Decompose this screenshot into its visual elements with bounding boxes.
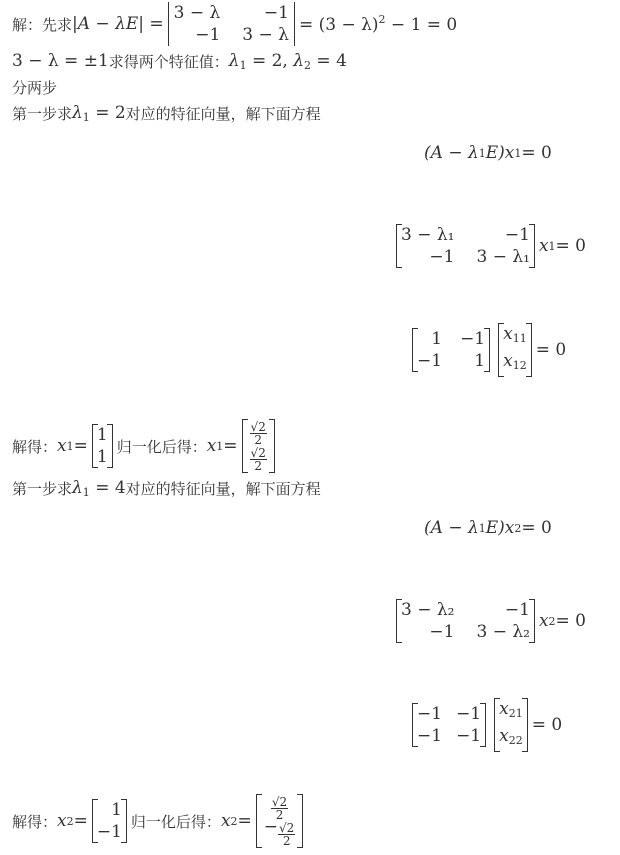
two-steps-line: 分两步 bbox=[12, 76, 57, 98]
det-cell: −1 bbox=[174, 24, 221, 46]
step2-header: 第一步求 λ1 = 4 对应的特征向量，解下面方程 bbox=[12, 476, 321, 500]
step1-unknown-vector: x11 x12 bbox=[498, 323, 532, 377]
det-lhs: |A − λE| = bbox=[72, 14, 164, 34]
lambda-equation: 3 − λ = ±1 bbox=[12, 51, 109, 71]
step1-numeric-matrix: 1 −1 −1 1 bbox=[412, 328, 490, 372]
step2-result: 解得： x2 = 1 −1 归一化后得： x2 = √22 −√22 bbox=[12, 790, 307, 852]
det-rhs: = (3 − λ)2 − 1 = 0 bbox=[299, 13, 457, 35]
step1-prefix: 第一步求 bbox=[12, 103, 72, 124]
step1-equation-3: 1 −1 −1 1 x11 x12 = 0 bbox=[408, 326, 566, 374]
step2-equation-1: (A − λ1E)x2 = 0 bbox=[424, 515, 552, 541]
eigenvalue-line: 3 − λ = ±1 求得两个特征值： λ1 = 2, λ2 = 4 bbox=[12, 49, 347, 73]
step2-eigenvector: 1 −1 bbox=[92, 799, 127, 843]
determinant-line: 解：先求 |A − λE| = 3 − λ −1 −1 3 − λ = (3 −… bbox=[12, 2, 457, 46]
step1-normalized-vector: √22 √22 bbox=[242, 419, 275, 473]
step2-numeric-matrix: −1 −1 −1 −1 bbox=[412, 703, 486, 747]
step2-unknown-vector: x21 x22 bbox=[494, 698, 528, 752]
step2-equation-3: −1 −1 −1 −1 x21 x22 = 0 bbox=[408, 701, 562, 749]
step1-header: 第一步求 λ1 = 2 对应的特征向量，解下面方程 bbox=[12, 101, 321, 125]
det-cell: −1 bbox=[242, 2, 289, 24]
determinant-matrix: 3 − λ −1 −1 3 − λ bbox=[168, 2, 295, 46]
result-prefix: 解得： bbox=[12, 436, 57, 457]
det-cell: 3 − λ bbox=[174, 2, 221, 24]
step2-lambda: λ1 = 4 bbox=[72, 478, 126, 499]
step2-coefficient-matrix: 3 − λ₂ −1 −1 3 − λ₂ bbox=[396, 599, 535, 643]
step1-suffix: 对应的特征向量，解下面方程 bbox=[126, 103, 321, 124]
normalized-text: 归一化后得： bbox=[131, 811, 221, 832]
normalized-text: 归一化后得： bbox=[117, 436, 207, 457]
eigenvalues: λ1 = 2, λ2 = 4 bbox=[229, 51, 347, 72]
step1-equation-1: (A − λ1E)x1 = 0 bbox=[424, 140, 552, 166]
step1-eigenvector: 1 1 bbox=[92, 424, 113, 468]
step1-result: 解得： x1 = 1 1 归一化后得： x1 = √22 √22 bbox=[12, 417, 279, 475]
step1-lambda: λ1 = 2 bbox=[72, 103, 126, 124]
step1-equation-2: 3 − λ₁ −1 −1 3 − λ₁ x1 = 0 bbox=[392, 222, 586, 270]
result-prefix: 解得： bbox=[12, 811, 57, 832]
step2-equation-2: 3 − λ₂ −1 −1 3 − λ₂ x2 = 0 bbox=[392, 597, 586, 645]
two-steps-text: 分两步 bbox=[12, 77, 57, 98]
solution-prefix: 解：先求 bbox=[12, 14, 72, 35]
step2-normalized-vector: √22 −√22 bbox=[256, 794, 304, 848]
det-cell: 3 − λ bbox=[242, 24, 289, 46]
step1-coefficient-matrix: 3 − λ₁ −1 −1 3 − λ₁ bbox=[396, 224, 535, 268]
step2-prefix: 第一步求 bbox=[12, 478, 72, 499]
eigenvalue-text: 求得两个特征值： bbox=[109, 51, 229, 72]
step2-suffix: 对应的特征向量，解下面方程 bbox=[126, 478, 321, 499]
